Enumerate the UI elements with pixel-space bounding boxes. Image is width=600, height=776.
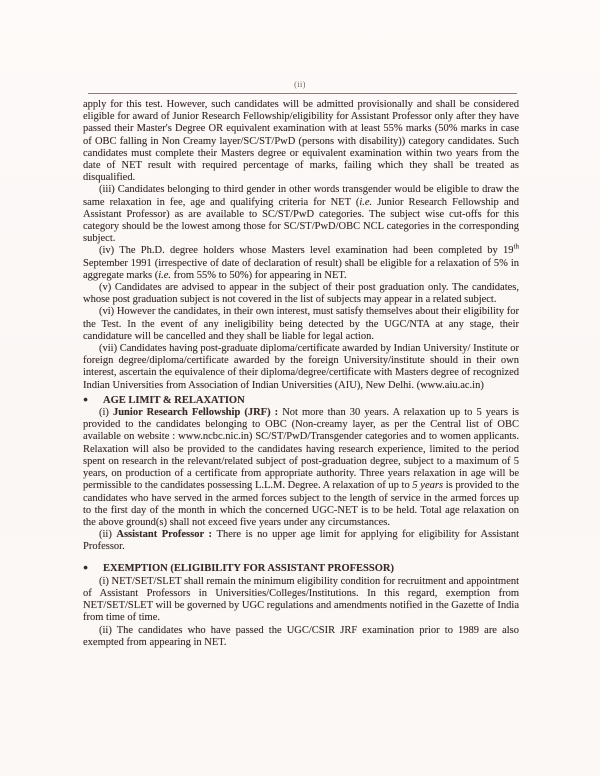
- page-number: (ii): [0, 80, 600, 89]
- document-body: apply for this test. However, such candi…: [83, 99, 519, 649]
- paragraph-exemption-i: (i) NET/SET/SLET shall remain the minimu…: [83, 576, 519, 625]
- italic-ie: i.e.: [359, 197, 372, 208]
- paragraph-jrf: (i) Junior Research Fellowship (JRF) : N…: [83, 407, 519, 529]
- section-heading-exemption: ●EXEMPTION (ELIGIBILITY FOR ASSISTANT PR…: [83, 562, 519, 575]
- header-rule: [88, 93, 517, 94]
- paragraph-vii: (vii) Candidates having post-graduate di…: [83, 343, 519, 392]
- paragraph-v: (v) Candidates are advised to appear in …: [83, 282, 519, 306]
- paragraph-exemption-ii: (ii) The candidates who have passed the …: [83, 625, 519, 649]
- italic-ie: i.e.: [158, 270, 171, 281]
- document-page: (ii) apply for this test. However, such …: [0, 0, 600, 776]
- bold-assistant-professor-label: Assistant Professor :: [116, 529, 216, 540]
- bullet-icon: ●: [83, 393, 103, 405]
- section-heading-label: AGE LIMIT & RELAXATION: [103, 395, 245, 407]
- superscript-th: th: [514, 243, 519, 251]
- bold-jrf-label: Junior Research Fellowship (JRF) :: [113, 407, 282, 418]
- bullet-icon: ●: [83, 561, 103, 573]
- paragraph-assistant-professor: (ii) Assistant Professor : There is no u…: [83, 529, 519, 553]
- paragraph-iv: (iv) The Ph.D. degree holders whose Mast…: [83, 245, 519, 282]
- paragraph-iii: (iii) Candidates belonging to third gend…: [83, 184, 519, 245]
- paragraph-continuation: apply for this test. However, such candi…: [83, 99, 519, 184]
- section-heading-label: EXEMPTION (ELIGIBILITY FOR ASSISTANT PRO…: [103, 563, 394, 575]
- section-heading-age-limit: ●AGE LIMIT & RELAXATION: [83, 394, 519, 407]
- paragraph-vi: (vi) However the candidates, in their ow…: [83, 306, 519, 343]
- italic-five-years: 5 years: [412, 480, 443, 491]
